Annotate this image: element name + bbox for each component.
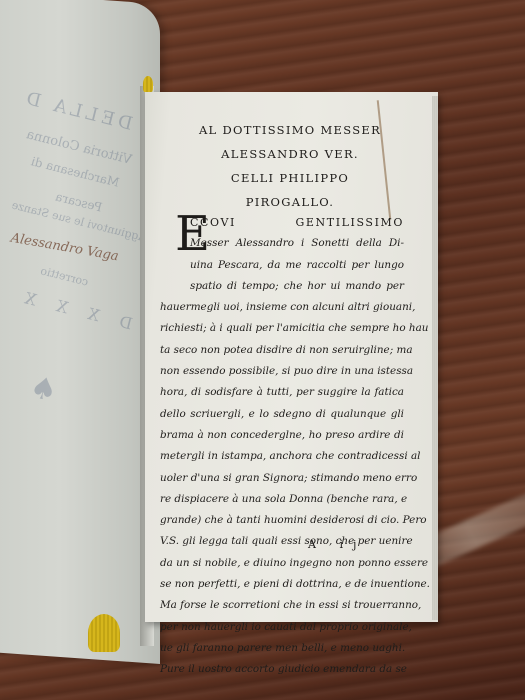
text-line: CCOVI GENTILISSIMO <box>160 212 404 233</box>
text-line: richiesti; à i quali per l'amicitia che … <box>160 318 404 339</box>
text-line: uoler d'una si gran Signora; stimando me… <box>160 468 404 489</box>
heading-line: CELLI PHILIPPO <box>172 166 408 190</box>
text-line: per non hauergli io cauati dal proprio o… <box>160 617 404 638</box>
text-line: Messer Alessandro i Sonetti della Di- <box>160 233 404 254</box>
heading-line: ALESSANDRO VER. <box>172 142 408 166</box>
text-line: re dispiacere à una sola Donna (benche r… <box>160 489 404 510</box>
dedication-heading: AL DOTTISSIMO MESSER ALESSANDRO VER. CEL… <box>172 118 408 214</box>
bookmark-tassel-top <box>143 76 153 92</box>
text-line: dello scriuergli, e lo sdegno di qualunq… <box>160 404 404 425</box>
text-line: grande) che à tanti huomini desiderosi d… <box>160 510 404 531</box>
text-line: metergli in istampa, anchora che contrad… <box>160 446 404 467</box>
dedication-text: CCOVI GENTILISSIMO Messer Alessandro i S… <box>160 212 404 681</box>
text-line: hora, di sodisfare à tutti, per suggire … <box>160 382 404 403</box>
text-line: ue gli faranno parere men belli, e meno … <box>160 638 404 659</box>
text-line: Ma forse le scorretioni che in essi si t… <box>160 595 404 616</box>
text-line: se non perfetti, e pieni di dottrina, e … <box>160 574 404 595</box>
text-line: ta seco non potea disdire di non seruirg… <box>160 340 404 361</box>
page-edges <box>432 96 438 620</box>
text-line: uina Pescara, da me raccolti per lungo <box>160 255 404 276</box>
signature-mark: A ij <box>308 538 366 551</box>
text-line: da un si nobile, e diuino ingegno non po… <box>160 553 404 574</box>
text-line: hauermegli uoi, insieme con alcuni altri… <box>160 297 404 318</box>
text-line: non essendo possibile, si puo dire in un… <box>160 361 404 382</box>
text-line: spatio di tempo; che hor ui mando per <box>160 276 404 297</box>
text-line: V.S. gli legga tali quali essi sono, che… <box>160 531 404 552</box>
bookmark-tassel-bottom <box>88 614 120 652</box>
text-line: brama à non concederglne, ho preso ardir… <box>160 425 404 446</box>
heading-line: AL DOTTISSIMO MESSER <box>172 118 408 142</box>
text-line: Pure il uostro accorto giudicio emendara… <box>160 659 404 680</box>
